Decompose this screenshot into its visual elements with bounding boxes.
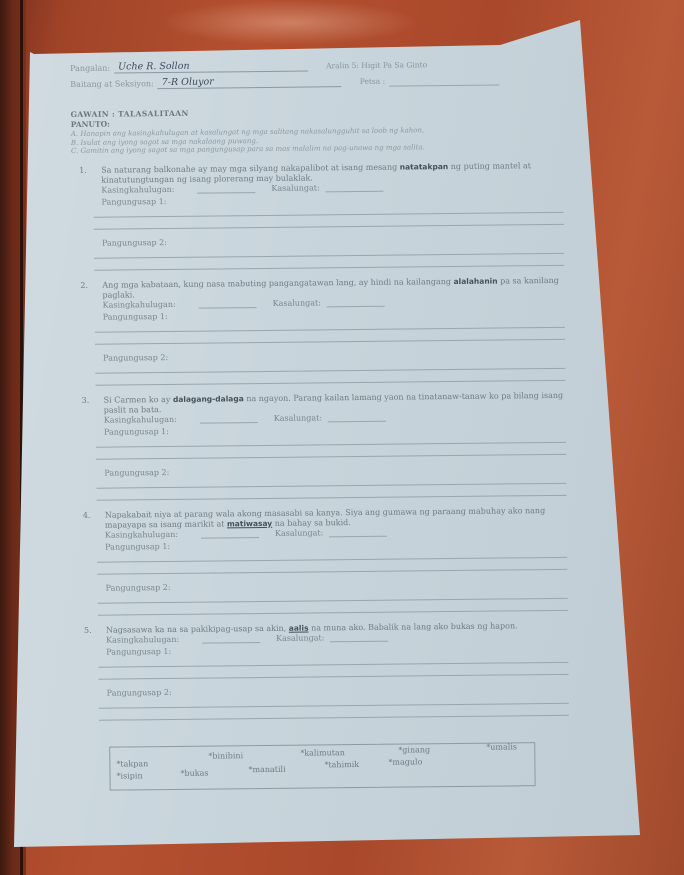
antonym-field[interactable] [328, 412, 386, 422]
antonym-label: Kasalungat: [276, 633, 330, 644]
question-number: 2. [80, 280, 88, 290]
word-bank: *takpan *isipin *binibini *bukas *manati… [109, 742, 535, 790]
synonym-label: Kasingkahulugan: [104, 414, 200, 425]
keyword: aalis [289, 623, 309, 632]
question-item: 5. Nagsasawa ka na sa pakikipag-usap sa … [106, 620, 597, 720]
sentence-text: Sa naturang balkonahe ay may mga silyang… [101, 162, 400, 174]
question-item: 3. Si Carmen ko ay dalagang-dalaga na ng… [104, 390, 595, 500]
word-bank-item: *ginang [398, 745, 430, 755]
name-label: Pangalan: [70, 64, 110, 74]
sentence-text: Nagsasawa ka na sa pakikipag-usap sa aki… [106, 623, 289, 634]
grade-field[interactable]: 7-R Oluyor [158, 76, 342, 89]
grade-label: Baitang at Seksiyon: [70, 79, 154, 90]
word-bank-item: *isipin [116, 771, 142, 781]
word-bank-item: *tahimik [324, 760, 359, 770]
keyword: matiwasay [227, 518, 272, 527]
sentence-text: na bahay sa bukid. [272, 518, 351, 528]
sentence-text: na muna ako. Babalik na lang ako bukas n… [308, 621, 517, 632]
question-number: 4. [83, 510, 91, 520]
sentence-text: Ang mga kabataan, kung nasa mabuting pan… [102, 276, 453, 289]
date-label: Petsa : [360, 77, 386, 87]
antonym-label: Kasalungat: [273, 298, 327, 309]
worksheet-content: Pangalan: Uche R. Sollon Aralin 5: Higit… [70, 53, 598, 791]
word-bank-item: *kalimutan [300, 748, 345, 758]
antonym-field[interactable] [329, 527, 387, 537]
antonym-label: Kasalungat: [275, 528, 329, 539]
antonym-field[interactable] [325, 182, 383, 192]
question-item: 2. Ang mga kabataan, kung nasa mabuting … [102, 275, 593, 385]
question-item: 4. Napakabait niya at parang wala akong … [105, 505, 596, 615]
word-bank-item: *magulo [388, 757, 422, 767]
lesson-label: Aralin 5: Higit Pa Sa Ginto [326, 60, 427, 71]
word-bank-item: *umalis [486, 742, 517, 752]
antonym-label: Kasalungat: [274, 413, 328, 424]
word-bank-item: *manatili [248, 764, 285, 774]
antonym-field[interactable] [327, 297, 385, 307]
date-field[interactable] [389, 77, 499, 87]
question-number: 5. [84, 625, 92, 635]
sentence-text: Si Carmen ko ay [104, 394, 173, 404]
antonym-field[interactable] [330, 632, 388, 642]
synonym-label: Kasingkahulugan: [103, 299, 199, 310]
word-bank-item: *takpan [116, 759, 148, 769]
question-number: 3. [82, 395, 90, 405]
synonym-label: Kasingkahulugan: [106, 634, 202, 645]
synonym-field[interactable] [200, 414, 258, 424]
synonym-field[interactable] [202, 634, 260, 644]
keyword: natatakpan [400, 162, 449, 172]
keyword: alalahanin [454, 276, 498, 285]
word-bank-item: *binibini [208, 751, 243, 761]
word-bank-item: *bukas [180, 768, 208, 778]
antonym-label: Kasalungat: [271, 183, 325, 194]
keyword: dalagang-dalaga [173, 394, 244, 404]
synonym-field[interactable] [199, 299, 257, 309]
synonym-label: Kasingkahulugan: [101, 184, 197, 195]
name-field[interactable]: Uche R. Sollon [114, 61, 308, 74]
synonym-field[interactable] [197, 184, 255, 194]
question-item: 1. Sa naturang balkonahe ay may mga sily… [101, 160, 592, 270]
synonym-label: Kasingkahulugan: [105, 529, 201, 540]
light-glare [160, 0, 420, 45]
synonym-field[interactable] [201, 529, 259, 539]
question-number: 1. [79, 165, 87, 175]
